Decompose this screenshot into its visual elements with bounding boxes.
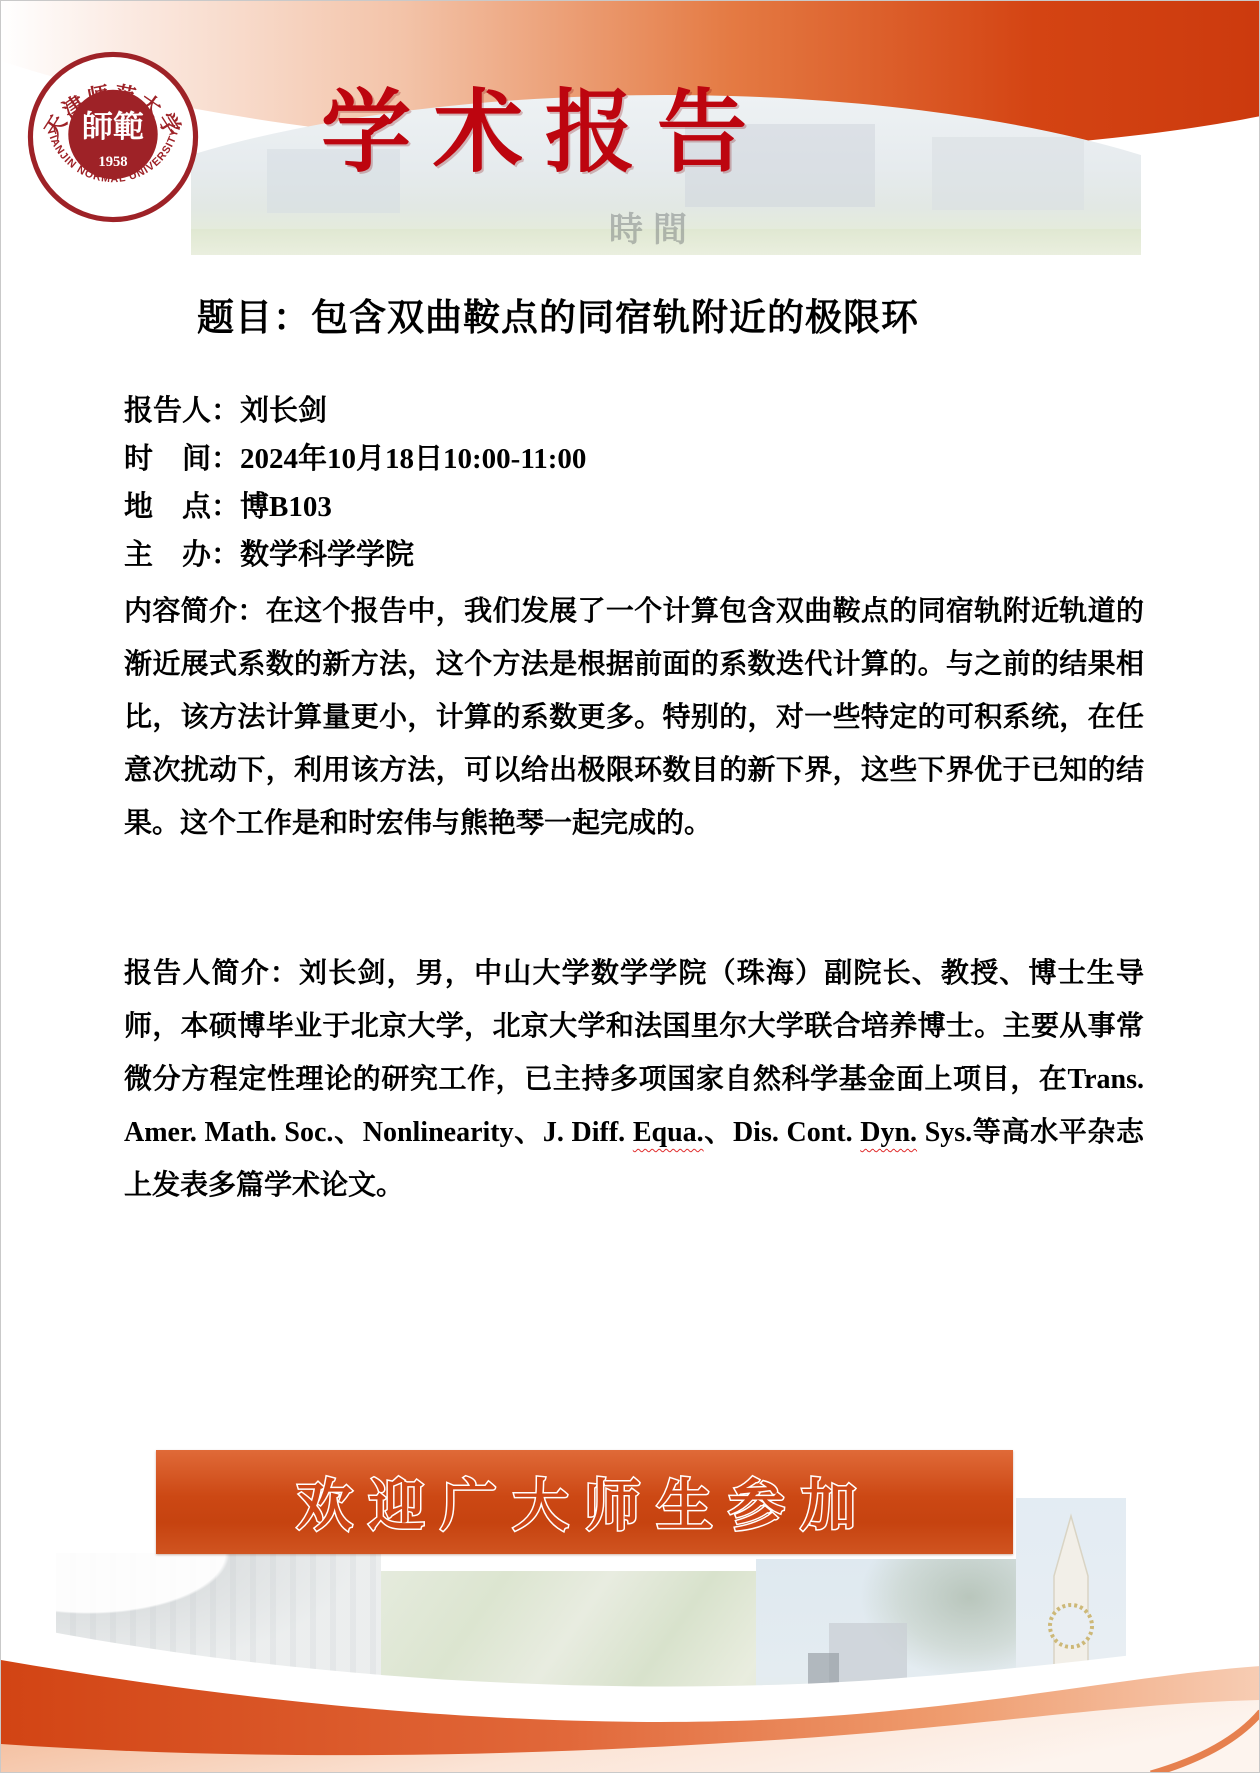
abstract-paragraph: 内容简介：在这个报告中，我们发展了一个计算包含双曲鞍点的同宿轨附近轨道的渐近展式…: [124, 585, 1144, 850]
meta-row-speaker: 报告人：刘长剑: [124, 387, 1144, 435]
speaker-bio-paragraph: 报告人简介：刘长剑，男，中山大学数学学院（珠海）副院长、教授、博士生导师，本硕博…: [124, 947, 1144, 1212]
page-title: 学术报告: [321, 59, 769, 189]
logo-seal-characters: 師範: [82, 109, 144, 144]
welcome-banner: 欢迎广大师生参加: [156, 1450, 1013, 1554]
bio-segment-spellcheck: Dyn.: [860, 1117, 917, 1148]
meta-label-speaker: 报告人：: [124, 395, 240, 427]
time-stone-text: 時間: [609, 202, 697, 251]
logo-year: 1958: [98, 154, 127, 170]
seminar-meta: 报告人：刘长剑 时 间：2024年10月18日10:00-11:00 地 点：博…: [124, 387, 1144, 579]
university-logo: 天津师范大学 師範 1958 TIANJIN NORMAL UNIVERSITY: [27, 51, 199, 223]
bio-segment-spellcheck: Equa.: [633, 1117, 704, 1148]
bio-segment: 、Dis. Cont.: [704, 1117, 861, 1148]
header: 時間 学术报告 天津师范大学 師範 1958 TIANJIN NORMAL UN…: [1, 1, 1260, 281]
header-photo-building-3: [932, 137, 1084, 211]
meta-value-host: 数学科学学院: [240, 539, 414, 571]
meta-row-location: 地 点：博B103: [124, 483, 1144, 531]
bottom-swoosh: [1, 1592, 1260, 1773]
meta-row-host: 主 办：数学科学学院: [124, 531, 1144, 579]
meta-value-time: 2024年10月18日10:00-11:00: [240, 443, 586, 475]
poster-page: 時間 学术报告 天津师范大学 師範 1958 TIANJIN NORMAL UN…: [0, 0, 1260, 1773]
meta-value-location: 博B103: [240, 491, 332, 523]
meta-label-time: 时 间：: [124, 443, 240, 475]
meta-label-host: 主 办：: [124, 539, 240, 571]
meta-row-time: 时 间：2024年10月18日10:00-11:00: [124, 435, 1144, 483]
welcome-banner-text: 欢迎广大师生参加: [297, 1462, 873, 1542]
meta-label-location: 地 点：: [124, 491, 240, 523]
seminar-title: 题目：包含双曲鞍点的同宿轨附近的极限环: [197, 287, 1177, 341]
meta-value-speaker: 刘长剑: [240, 395, 327, 427]
